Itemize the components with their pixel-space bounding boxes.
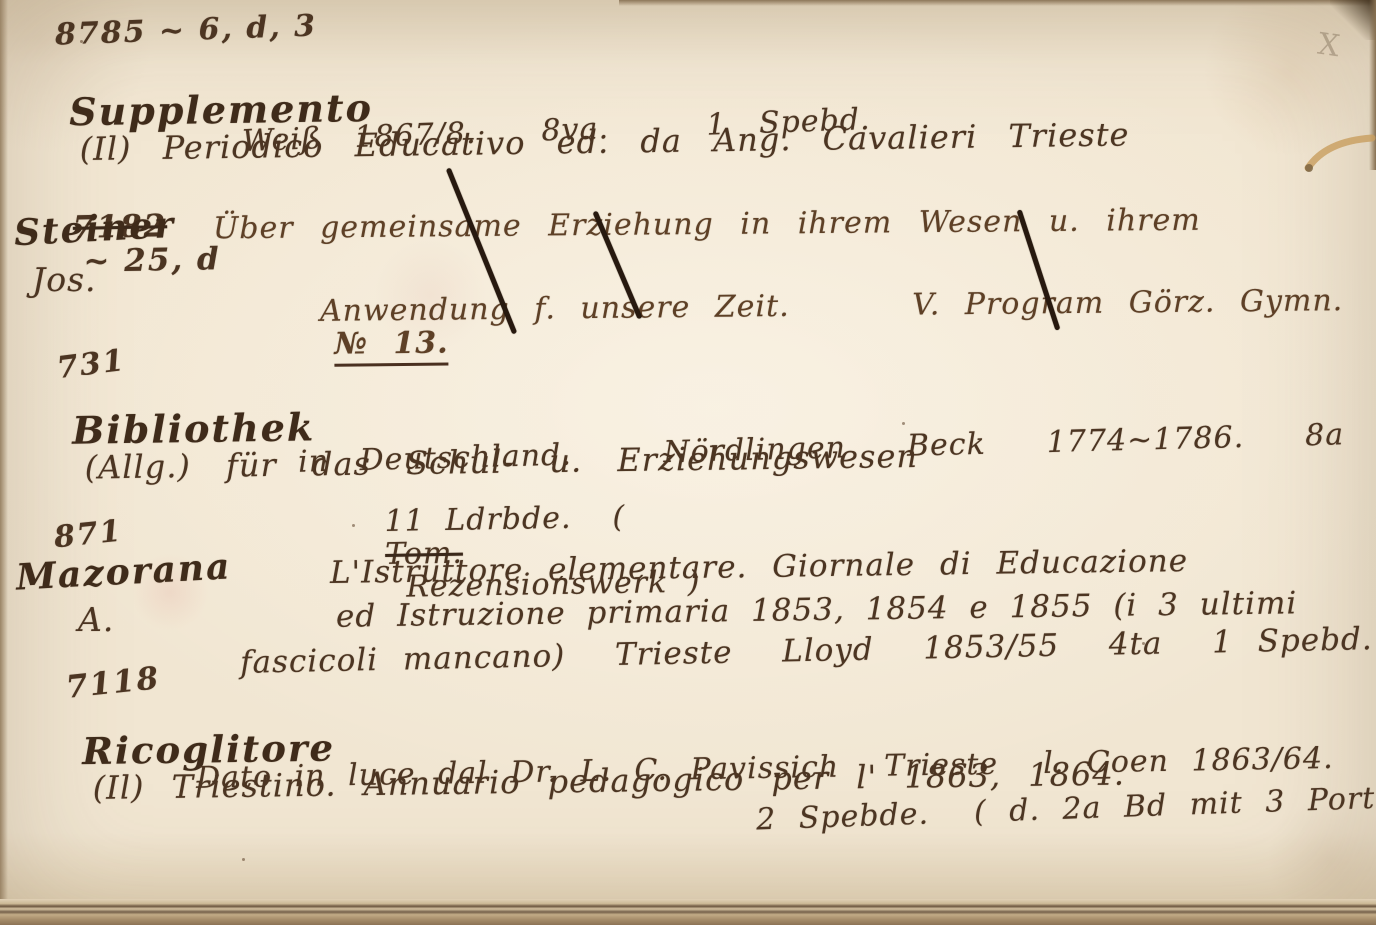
entry-2-author: Steiner [13,206,176,254]
entry-4-author-initial: A. [78,602,114,638]
manuscript-page: X 8785 ~ 6, d, 3 Supplemento (Il) Period… [0,0,1376,925]
entry-5-number: 7118 [64,661,161,705]
entry-3-volumes-pre: 11 Ldrbde. ( [384,499,646,539]
entry-1-number: 8785 ~ 6, d, 3 [55,9,318,51]
page-top-edge [619,0,1376,6]
ink-speck [242,858,245,861]
entry-3-number: 731 [55,344,127,385]
entry-4-number: 871 [52,515,124,555]
entry-3-title-lead: Bibliothek [72,404,316,452]
page-left-edge [0,0,8,925]
entry-4-author: Mazorana [15,547,232,598]
corner-x-mark: X [1316,27,1342,65]
entry-2-title-line-2: Anwendung f. unsere Zeit. V. Program Gör… [221,251,1344,395]
entry-2-title-line-1: Über gemeinsame Erziehung in ihrem Wesen… [213,204,1201,246]
entry-2-author-firstname: Jos. [32,262,97,298]
paper-stain [1300,126,1376,182]
book-page-stack-edge [0,899,1376,925]
entry-2-title-line-2-text: Anwendung f. unsere Zeit. V. Program Gör… [320,283,1344,329]
entry-2-program-number: № 13. [334,326,449,367]
